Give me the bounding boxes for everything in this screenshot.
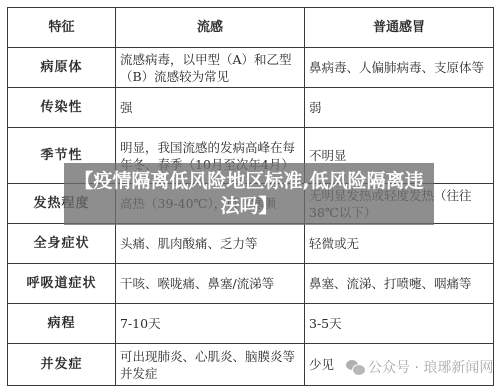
headline-banner[interactable]: 【疫情隔离低风险地区标准,低风险隔离违法吗】 — [64, 163, 434, 225]
table-row: 呼吸道症状 干咳、喉咙痛、鼻塞/流涕等 鼻塞、流涕、打喷嚏、咽痛等 — [8, 264, 494, 304]
header-flu: 流感 — [116, 8, 305, 48]
flu-cell: 流感病毒，以甲型（A）和乙型（B）流感较为常见 — [116, 48, 305, 88]
table-header-row: 特征 流感 普通感冒 — [8, 8, 494, 48]
feature-cell: 病原体 — [8, 48, 116, 88]
header-common-cold: 普通感冒 — [305, 8, 494, 48]
wechat-icon — [346, 360, 364, 374]
feature-cell: 并发症 — [8, 344, 116, 386]
header-feature: 特征 — [8, 8, 116, 48]
cold-cell: 轻微或无 — [305, 224, 494, 264]
table-row: 病程 7-10天 3-5天 — [8, 304, 494, 344]
feature-cell: 病程 — [8, 304, 116, 344]
flu-cell: 强 — [116, 88, 305, 128]
cold-cell: 鼻病毒、人偏肺病毒、支原体等 — [305, 48, 494, 88]
flu-cell: 头痛、肌肉酸痛、乏力等 — [116, 224, 305, 264]
watermark-text: 公众号 · 琅琊新闻网 — [368, 357, 493, 377]
feature-cell: 传染性 — [8, 88, 116, 128]
watermark: 公众号 · 琅琊新闻网 — [346, 357, 493, 377]
feature-cell: 呼吸道症状 — [8, 264, 116, 304]
feature-cell: 全身症状 — [8, 224, 116, 264]
table-row: 全身症状 头痛、肌肉酸痛、乏力等 轻微或无 — [8, 224, 494, 264]
headline-title[interactable]: 【疫情隔离低风险地区标准,低风险隔离违法吗】 — [69, 169, 429, 219]
cold-cell: 3-5天 — [305, 304, 494, 344]
table-row: 传染性 强 弱 — [8, 88, 494, 128]
flu-cell: 可出现肺炎、心肌炎、脑膜炎等并发症 — [116, 344, 305, 386]
cold-cell: 鼻塞、流涕、打喷嚏、咽痛等 — [305, 264, 494, 304]
flu-cell: 7-10天 — [116, 304, 305, 344]
table-row: 病原体 流感病毒，以甲型（A）和乙型（B）流感较为常见 鼻病毒、人偏肺病毒、支原… — [8, 48, 494, 88]
flu-cell: 干咳、喉咙痛、鼻塞/流涕等 — [116, 264, 305, 304]
cold-cell: 弱 — [305, 88, 494, 128]
